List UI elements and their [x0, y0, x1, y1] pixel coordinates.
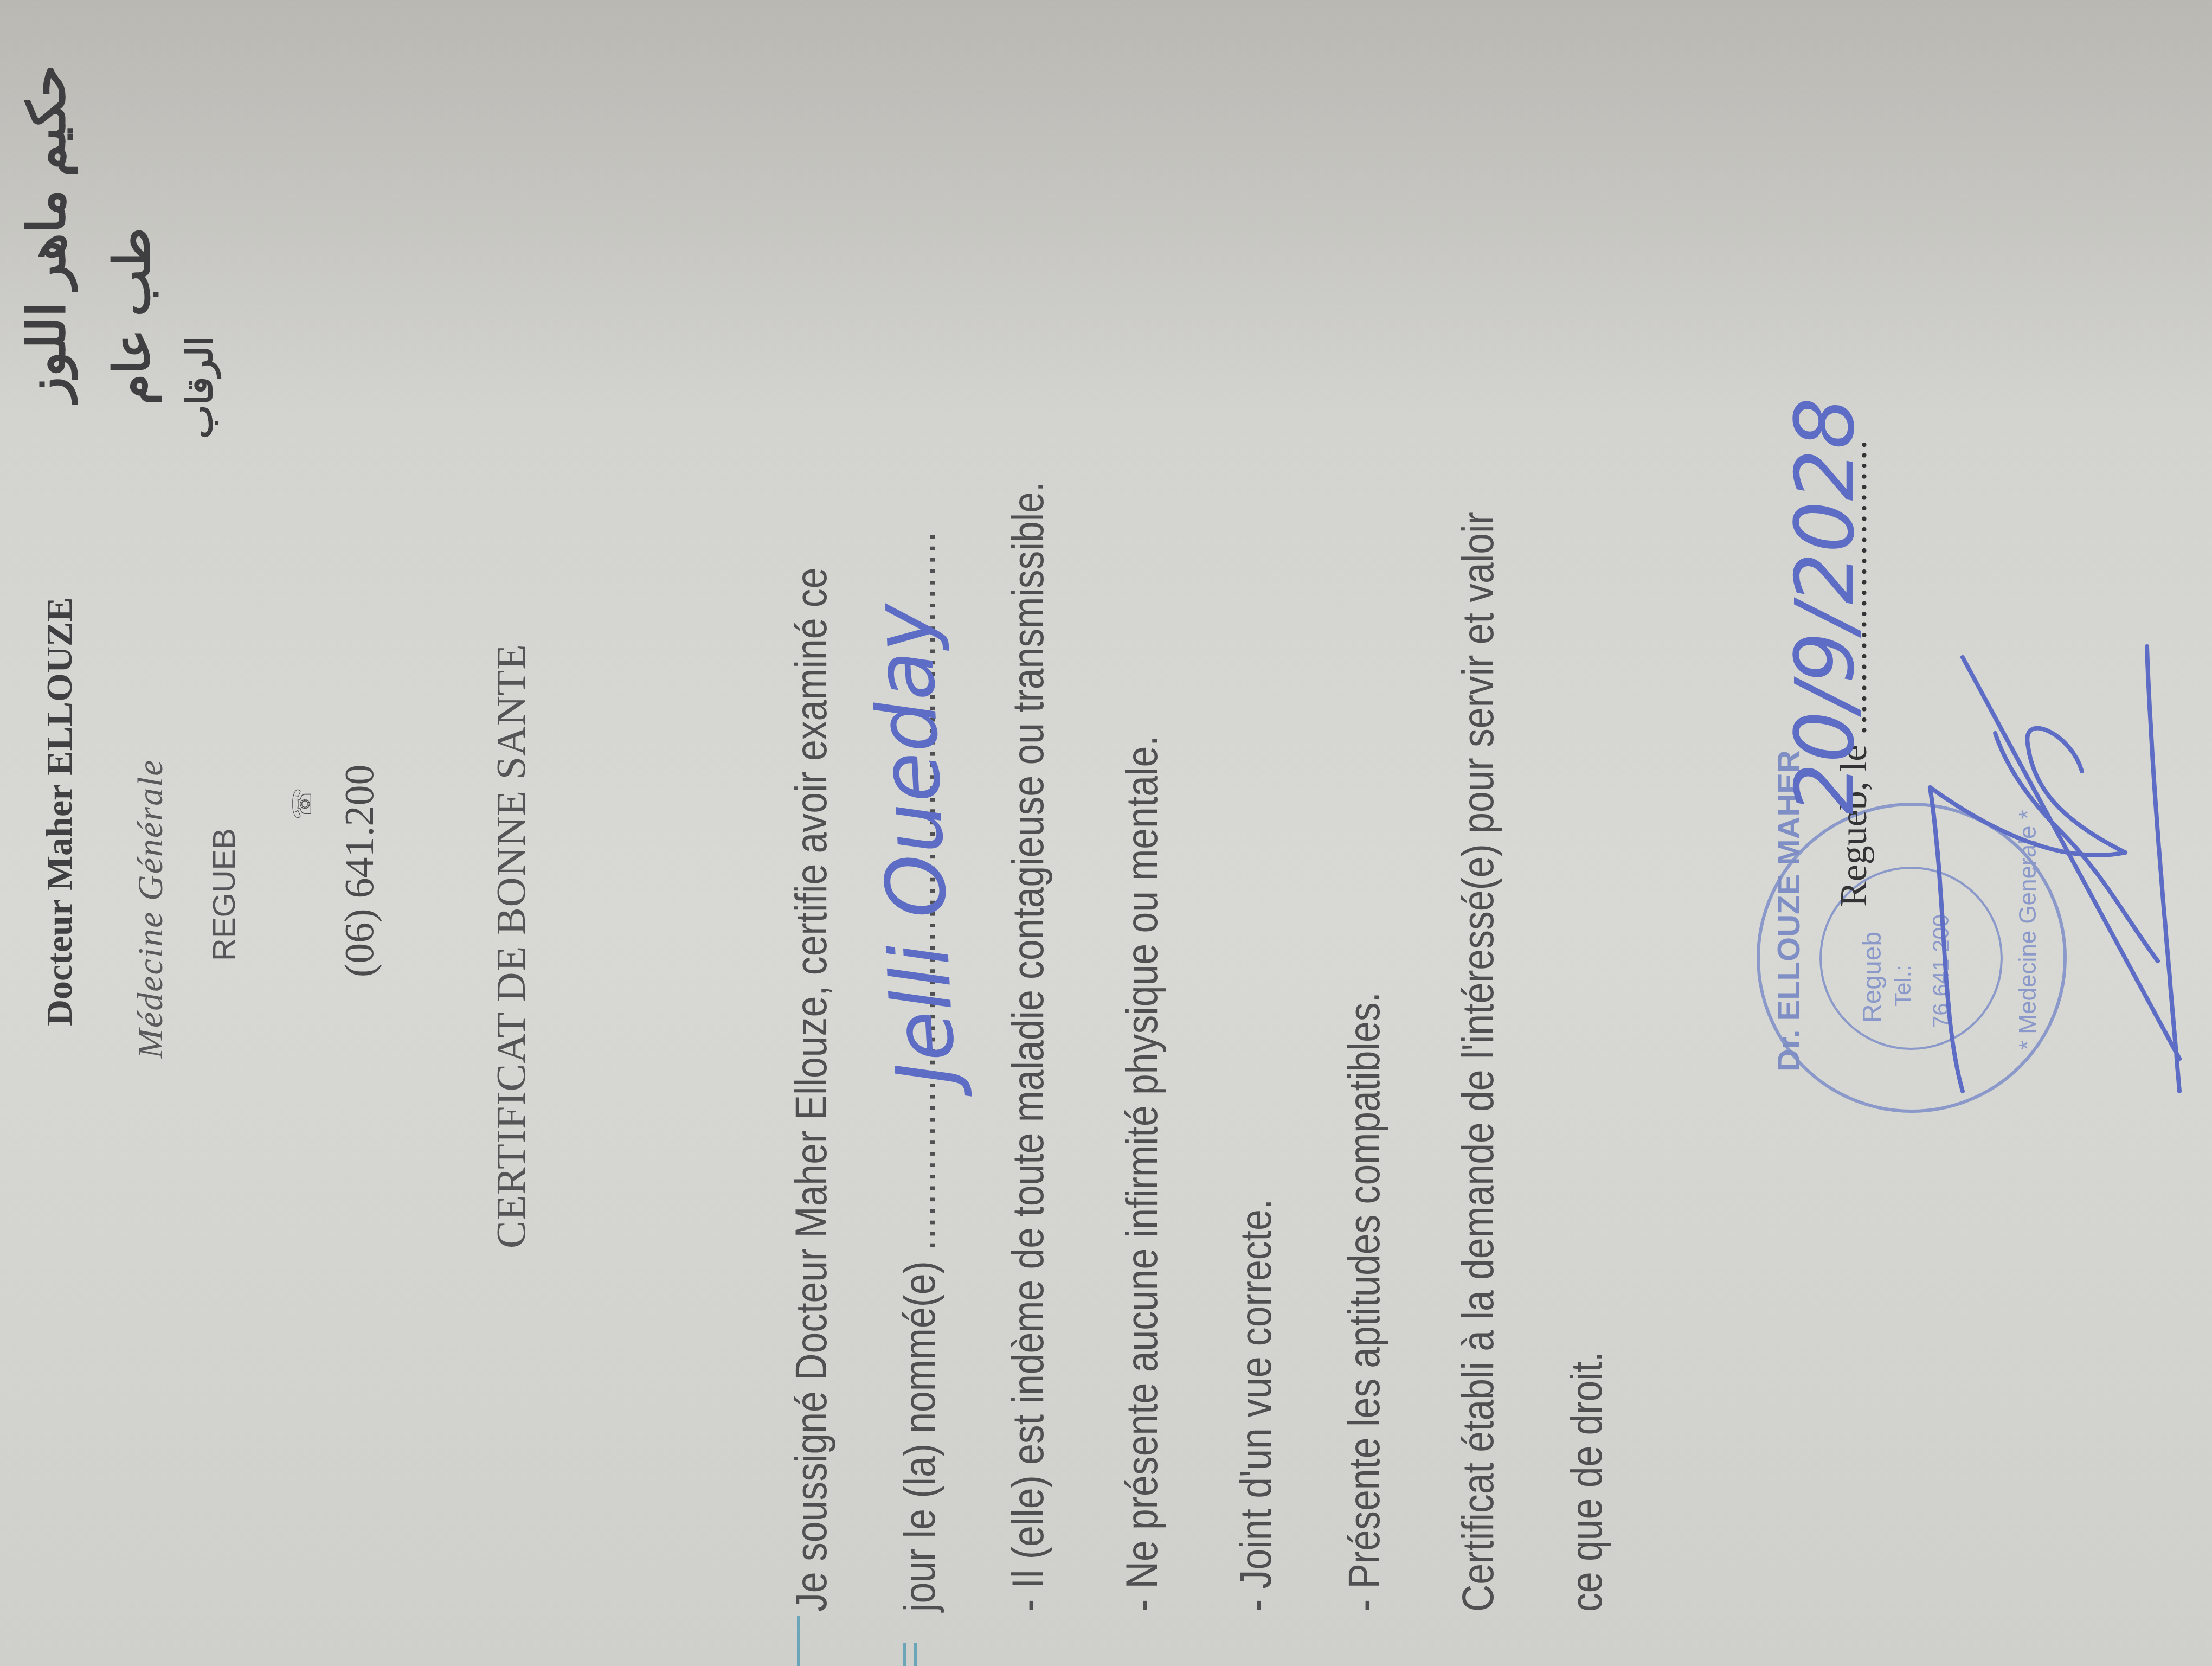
doctor-specialty: Médecine Générale	[130, 759, 171, 1059]
arabic-doctor-name: حكيم ماهر اللوز	[16, 65, 77, 402]
arabic-city: الرقاب	[179, 336, 221, 439]
margin-mark	[797, 1616, 800, 1666]
body-line-no-infirmity: - Ne présente aucune infirmité physique …	[1117, 735, 1168, 1612]
body-line-vision: - Joint d'un vue correcte.	[1231, 1199, 1282, 1612]
arabic-specialty: طب عام	[103, 228, 161, 405]
document-photo: Docteur Maher ELLOUZE Médecine Générale …	[0, 0, 2212, 1666]
margin-mark	[903, 1643, 906, 1666]
stamp-city: Regueb	[1857, 932, 1887, 1023]
body-line-closing: ce que de droit.	[1561, 1351, 1612, 1612]
body-line-aptitudes: - Présente les aptitudes compatibles.	[1339, 992, 1390, 1612]
margin-mark	[914, 1643, 917, 1666]
body-line-purpose: Certificat établi à la demande de l'inté…	[1453, 512, 1504, 1612]
telephone-icon: ☏	[287, 787, 318, 820]
handwritten-patient-name: Jelli Oueday	[855, 600, 974, 1087]
handwritten-date: 20/9/2028	[1778, 398, 1873, 815]
body-line-intro: Je soussigné Docteur Maher Ellouze, cert…	[786, 568, 837, 1612]
doctor-name: Docteur Maher ELLOUZE	[38, 597, 81, 1026]
patient-label: jour le (la) nommé(e)	[895, 1251, 944, 1612]
doctor-signature	[1898, 636, 2201, 1124]
body-line-disease-free: - Il (elle) est indème de toute maladie …	[1003, 482, 1054, 1612]
medical-certificate-page: Docteur Maher ELLOUZE Médecine Générale …	[0, 0, 2212, 1666]
doctor-city: REGUEB	[206, 828, 242, 961]
phone-number: (06) 641.200	[336, 764, 383, 977]
certificate-title: CERTIFICAT DE BONNE SANTE	[488, 644, 535, 1248]
